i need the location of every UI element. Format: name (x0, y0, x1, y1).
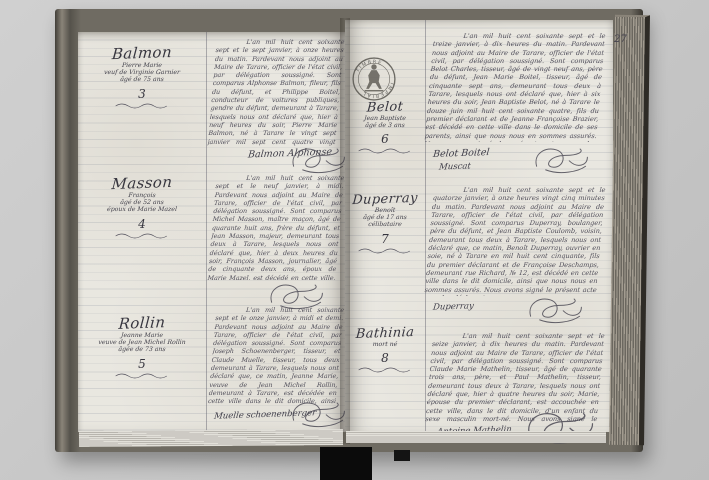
page-block-bottom-edge (346, 431, 606, 443)
act-number: 4 (82, 217, 202, 231)
deceased-age: âgé de 3 ans (347, 122, 424, 129)
margin-entry-balmon: Balmon Pierre Marie veuf de Virginie Gar… (82, 44, 202, 110)
declarant-signature: Duperray (432, 301, 474, 312)
flourish-divider-icon (110, 102, 174, 110)
revenue-stamp: TIMBRE IMPERIAL (351, 56, 397, 102)
register-photograph: Balmon Pierre Marie veuf de Virginie Gar… (0, 0, 709, 480)
deceased-spouse: époux de Marie Mazel (82, 206, 203, 213)
declarant-signature: Belot Boitel (432, 147, 490, 160)
margin-entry-bathinia: Bathinia mort né 8 (347, 326, 423, 374)
act-number: 8 (347, 351, 423, 365)
flourish-divider-icon (110, 232, 174, 240)
page-block-bottom-edge (79, 429, 343, 447)
official-paraph-signature (527, 294, 585, 324)
margin-entry-duperray: Duperray Benoît âgé de 17 ans célibatair… (347, 192, 423, 255)
seated-figure-icon (365, 64, 384, 91)
deceased-name: Rollin (81, 312, 202, 334)
right-acts-column: L'an mil huit cent soixante sept et le t… (429, 20, 601, 432)
deceased-name: Bathinia (346, 325, 423, 343)
official-paraph-signature (533, 144, 591, 174)
act-number: 7 (347, 232, 423, 246)
deceased-status: célibataire (347, 221, 424, 228)
flourish-divider-icon (353, 247, 417, 255)
deceased-status: mort né (347, 341, 424, 348)
death-act-text: L'an mil huit cent soixante sept et le n… (207, 174, 344, 280)
page-block-fore-edge (609, 15, 650, 445)
svg-text:TIMBRE: TIMBRE (354, 59, 383, 74)
flourish-divider-icon (353, 147, 417, 155)
page-number: 27 (614, 34, 627, 45)
deceased-name: Masson (81, 172, 202, 194)
declarant-signature: Muscat (438, 161, 471, 172)
margin-entry-masson: Masson François âgé de 52 ans époux de M… (82, 174, 202, 240)
dark-background-patch (320, 447, 372, 480)
deceased-age: âgée de 73 ans (82, 346, 203, 353)
deceased-name: Duperray (346, 191, 423, 209)
flourish-divider-icon (353, 366, 417, 374)
left-page: Balmon Pierre Marie veuf de Virginie Gar… (78, 32, 345, 432)
deceased-age: âgé de 75 ans (82, 76, 203, 83)
margin-rule-line (206, 32, 207, 432)
margin-entry-rollin: Rollin Jeanne Marie veuve de Jean Michel… (82, 314, 202, 380)
left-acts-column: L'an mil huit cent soixante sept et le s… (212, 32, 340, 432)
act-number: 3 (82, 87, 202, 101)
dark-background-patch (394, 450, 410, 461)
death-act-text: L'an mil huit cent soixante sept et le t… (424, 32, 606, 142)
deceased-name: Balmon (81, 42, 202, 64)
death-act-text: L'an mil huit cent soixante sept et le s… (207, 38, 344, 146)
death-act-text: L'an mil huit cent soixante sept et le q… (424, 186, 606, 296)
act-number: 5 (82, 357, 202, 371)
act-number: 6 (347, 132, 423, 146)
death-act-text: L'an mil huit cent soixante sept et le o… (208, 306, 345, 406)
flourish-divider-icon (110, 372, 174, 380)
margin-rule-line (425, 20, 426, 432)
book-gutter-shadow (340, 18, 350, 444)
right-page: TIMBRE IMPERIAL Belot Jean Baptiste âgé … (345, 20, 613, 432)
deceased-name: Belot (346, 99, 423, 117)
margin-entry-belot: Belot Jean Baptiste âgé de 3 ans 6 (347, 100, 423, 155)
stamp-arc-top-text: TIMBRE (354, 59, 383, 74)
